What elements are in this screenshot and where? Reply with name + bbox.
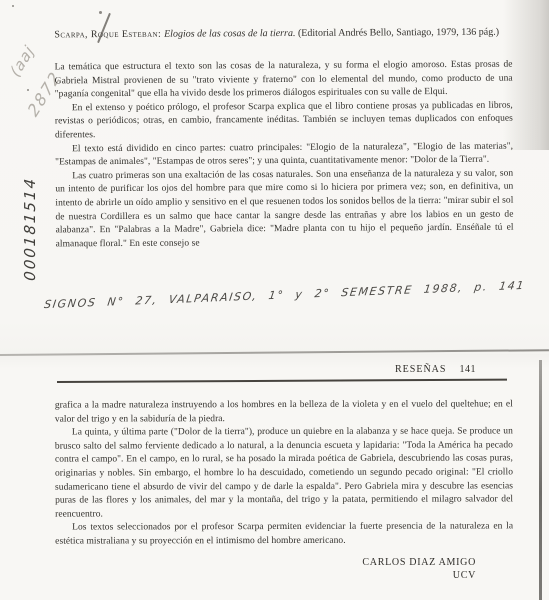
- heading-imprint: (Editorial Andrés Bello, Santiago, 1979,…: [295, 27, 499, 39]
- reviewer-affiliation: UCV: [362, 569, 476, 582]
- paragraph: Las cuatro primeras son una exaltación d…: [55, 167, 513, 251]
- page-right-edge: [539, 360, 542, 600]
- pencil-annotation-note: (aaj: [6, 42, 37, 81]
- running-head-title: RESEÑAS: [395, 364, 446, 375]
- scan-speck: [99, 11, 102, 14]
- scanned-page-2: RESEÑAS141 grafica a la madre naturaleza…: [0, 354, 549, 600]
- page2-text-column: grafica a la madre naturaleza instruyend…: [55, 398, 513, 549]
- paragraph: Los textos seleccionados por el profesor…: [55, 521, 513, 549]
- paragraph: grafica a la madre naturaleza instruyend…: [55, 398, 513, 426]
- scan-speck: [27, 89, 29, 91]
- paragraph: El texto está dividido en cinco partes: …: [55, 140, 513, 170]
- page-number: 141: [459, 364, 476, 375]
- reviewer-name: CARLOS DIAZ AMIGO: [362, 556, 476, 569]
- bibliographic-heading: Scarpa, Roque Esteban: Elogios de las co…: [54, 26, 512, 43]
- paragraph: La quinta, y última parte ("Dolor de la …: [55, 426, 513, 522]
- heading-author: Scarpa, Roque Esteban:: [54, 29, 164, 41]
- scanned-page-1: (aaj 2872 000181514 Scarpa, Roque Esteba…: [0, 0, 549, 356]
- paragraph: En el extenso y poético prólogo, el prof…: [55, 99, 513, 143]
- running-head: RESEÑAS141: [395, 364, 476, 375]
- page1-text-column: Scarpa, Roque Esteban: Elogios de las co…: [54, 26, 513, 252]
- scanned-document: (aaj 2872 000181514 Scarpa, Roque Esteba…: [0, 0, 549, 600]
- running-head-rule: [57, 379, 507, 383]
- paragraph: La temática que estructura el texto son …: [55, 59, 513, 103]
- scan-speck: [12, 5, 14, 7]
- handwritten-citation: SIGNOS N° 27, VALPARAISO, 1° y 2° SEMEST…: [43, 278, 549, 311]
- heading-book-title: Elogios de las cosas de la tierra.: [164, 28, 295, 40]
- reviewer-signature: CARLOS DIAZ AMIGO UCV: [362, 556, 476, 582]
- handwritten-call-number: 000181514: [21, 164, 43, 294]
